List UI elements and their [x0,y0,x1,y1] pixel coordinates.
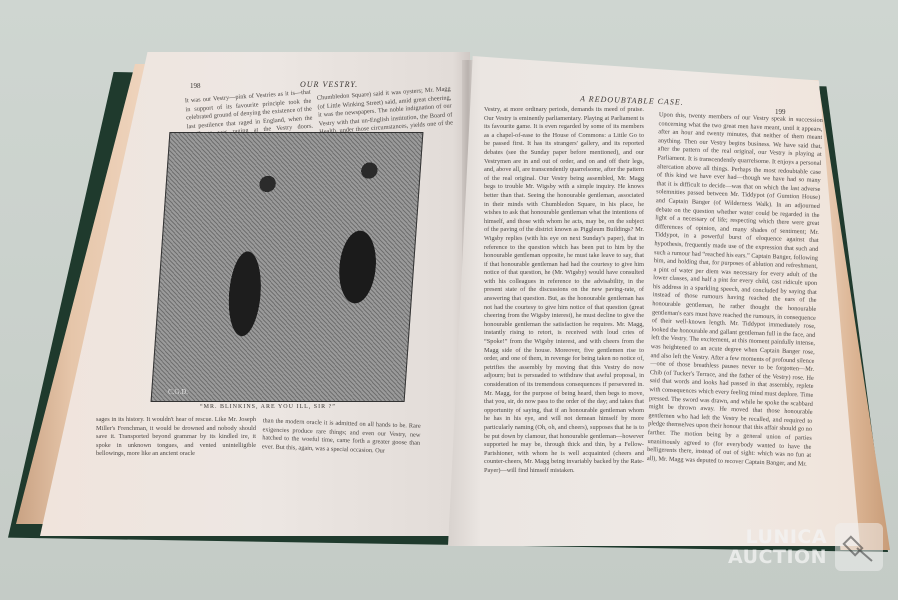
left-bottom-column-2: than the modern oracle it is admitted on… [261,417,421,474]
gavel-icon [835,523,883,571]
left-running-head: OUR VESTRY. [300,80,358,89]
watermark-line-1: LUNICA [728,527,827,547]
illustration-signature: C.G.D. [168,388,188,396]
watermark-line-2: AUCTION [728,547,827,567]
watermark-text: LUNICA AUCTION [728,527,827,567]
left-folio: 198 [190,82,201,90]
engraved-illustration [151,132,424,402]
right-column-1: Vestry, at more ordinary periods, demand… [484,106,644,510]
left-bottom-column-1: sages in its history. It wouldn't hear o… [96,416,256,468]
right-column-2: Upon this, twenty members of our Vestry … [645,111,823,516]
auction-watermark: LUNICA AUCTION [728,523,883,571]
photo-scene: OUR VESTRY. 198 It was our Vestry—pink o… [0,0,898,600]
illustration-caption: “MR. BLINKINS, ARE YOU ILL, SIR ?” [200,404,336,410]
